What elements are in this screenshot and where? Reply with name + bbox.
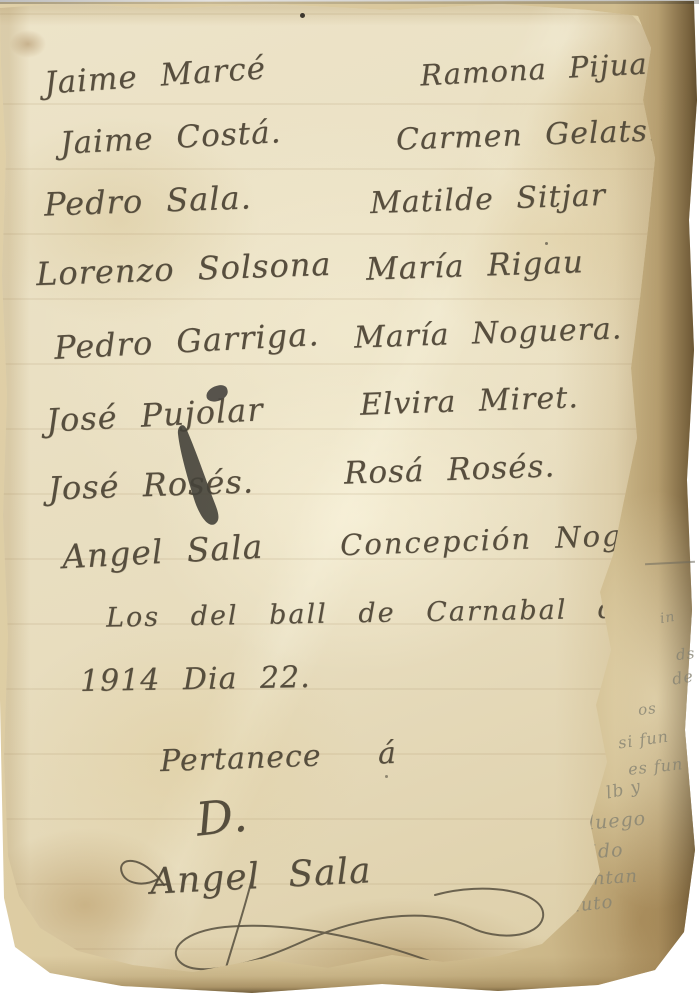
marginalia-fragment: in	[659, 609, 677, 627]
ownership-initial: D.	[193, 787, 250, 846]
note-line-2: 1914 Dia 22.	[80, 660, 311, 699]
name-entry-right-4: María Rigau	[365, 244, 584, 288]
name-entry-left-3: Pedro Sala.	[43, 178, 252, 223]
marginalia-fragment: ds	[675, 644, 696, 664]
ink-smear	[172, 422, 242, 532]
name-entry-right-7: Rosá Rosés.	[343, 448, 555, 491]
scanned-manuscript-page: in ds de os si fun es fun lb y luego cui…	[0, 0, 699, 1000]
scan-edge	[0, 0, 699, 4]
marginalia-fragment: de	[671, 666, 696, 688]
ink-speck	[300, 13, 305, 18]
manuscript-page: Jaime Marcé Jaime Costá. Pedro Sala. Lor…	[0, 0, 699, 1000]
ink-speck	[385, 775, 388, 778]
marginalia-fragment: os	[637, 699, 658, 719]
